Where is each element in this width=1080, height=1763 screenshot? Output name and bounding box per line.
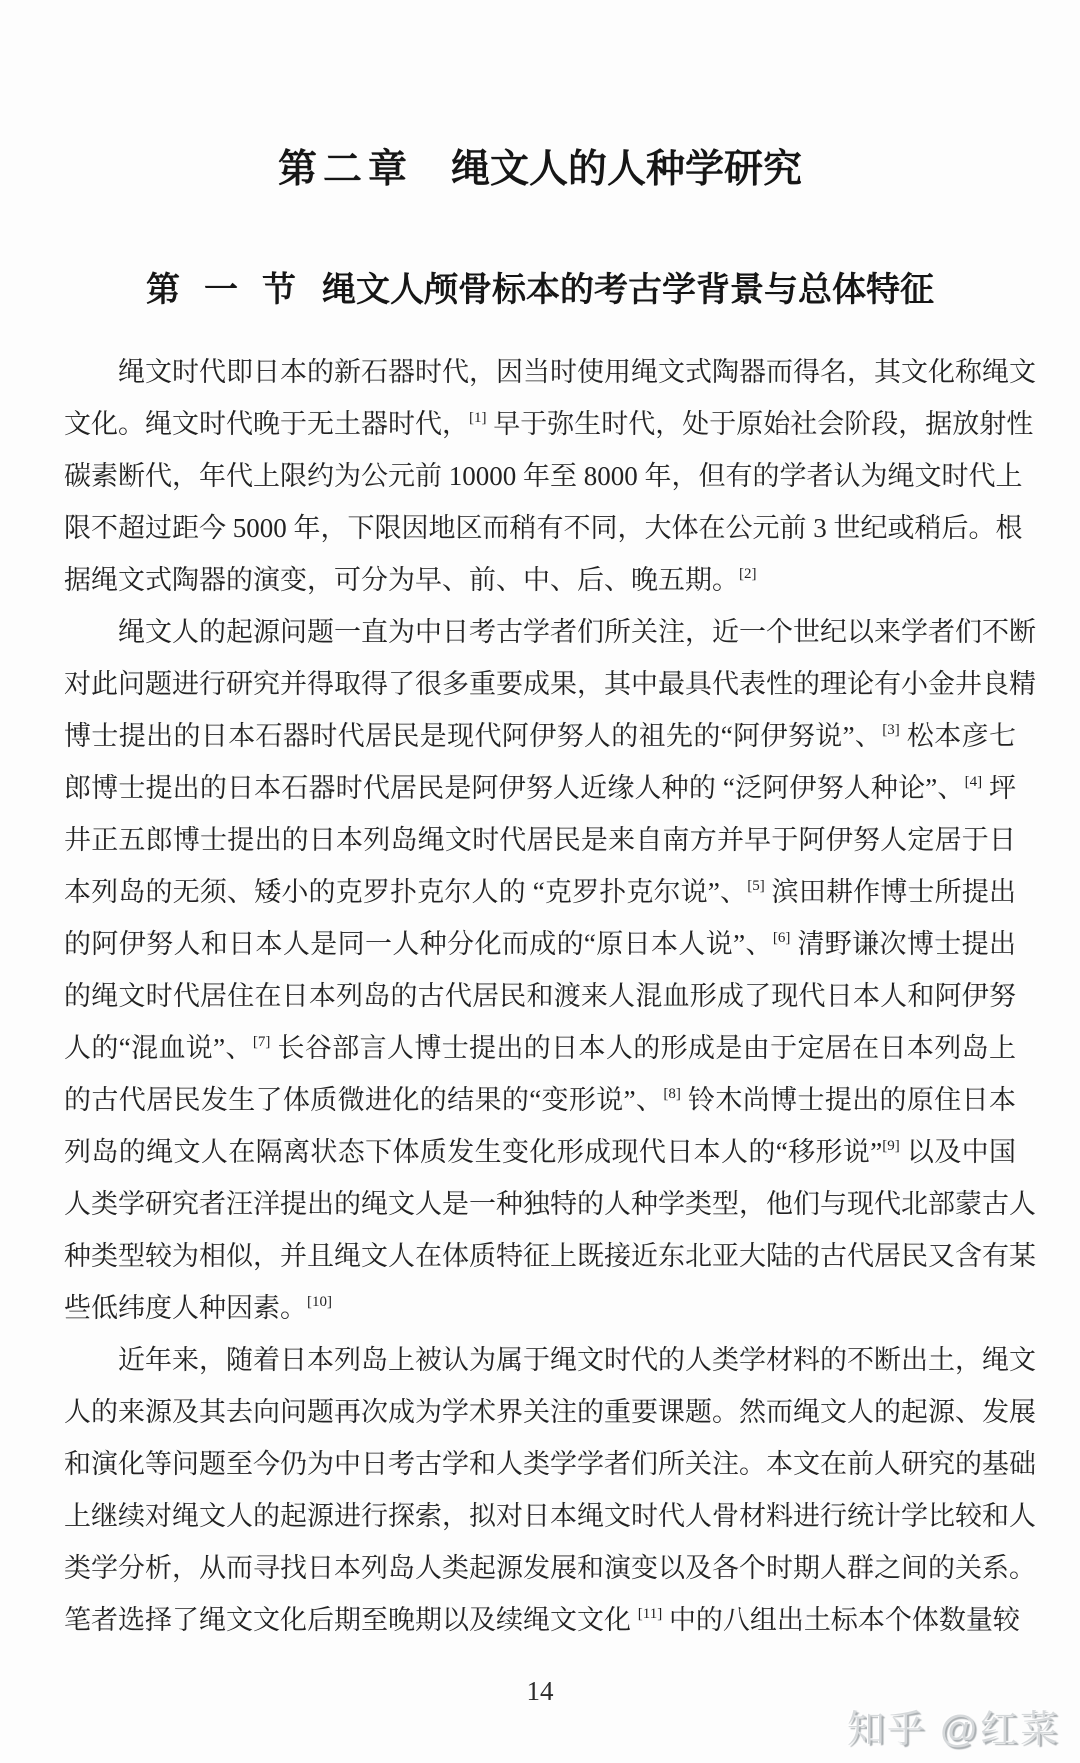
section-number: 第一节: [146, 272, 320, 309]
text-line: 绳文人的起源问题一直为中日考古学者们所关注，近一个世纪以来学者们不断: [64, 606, 1016, 658]
text-line: 文化。绳文时代晚于无土器时代，[1] 早于弥生时代，处于原始社会阶段，据放射性: [64, 398, 1016, 450]
text-line: 的阿伊努人和日本人是同一人种分化而成的“原日本人说”、[6] 清野谦次博士提出: [64, 918, 1016, 970]
text-line: 人类学研究者汪洋提出的绳文人是一种独特的人种学类型，他们与现代北部蒙古人: [64, 1178, 1016, 1230]
text-line: 上继续对绳文人的起源进行探索，拟对日本绳文时代人骨材料进行统计学比较和人: [64, 1490, 1016, 1542]
text-line: 的古代居民发生了体质微进化的结果的“变形说”、[8] 铃木尚博士提出的原住日本: [64, 1074, 1016, 1126]
citation-superscript: [3]: [882, 722, 900, 738]
chapter-title-text: 绳文人的人种学研究: [451, 148, 802, 191]
text-line: 笔者选择了绳文文化后期至晚期以及续绳文文化 [11] 中的八组出土标本个体数量较: [64, 1594, 1016, 1646]
section-title-text: 绳文人颅骨标本的考古学背景与总体特征: [322, 272, 934, 309]
document-page: 第二章绳文人的人种学研究 第一节绳文人颅骨标本的考古学背景与总体特征 绳文时代即…: [0, 0, 1080, 1763]
text-line: 人的“混血说”、[7] 长谷部言人博士提出的日本人的形成是由于定居在日本列岛上: [64, 1022, 1016, 1074]
paragraph-3: 近年来，随着日本列岛上被认为属于绳文时代的人类学材料的不断出土，绳文人的来源及其…: [64, 1334, 1016, 1646]
text-line: 列岛的绳文人在隔离状态下体质发生变化形成现代日本人的“移形说”[9] 以及中国: [64, 1126, 1016, 1178]
citation-superscript: [11]: [638, 1606, 662, 1622]
text-line: 限不超过距今 5000 年，下限因地区而稍有不同，大体在公元前 3 世纪或稍后。…: [64, 502, 1016, 554]
watermark: 知乎 @红菜: [847, 1698, 1060, 1753]
text-line: 本列岛的无须、矮小的克罗扑克尔人的 “克罗扑克尔说”、[5] 滨田耕作博士所提出: [64, 866, 1016, 918]
text-line: 人的来源及其去向问题再次成为学术界关注的重要课题。然而绳文人的起源、发展: [64, 1386, 1016, 1438]
citation-superscript: [5]: [747, 878, 765, 894]
text-line: 些低纬度人种因素。[10]: [64, 1282, 1016, 1334]
text-line: 绳文时代即日本的新石器时代，因当时使用绳文式陶器而得名，其文化称绳文: [64, 346, 1016, 398]
paragraph-2: 绳文人的起源问题一直为中日考古学者们所关注，近一个世纪以来学者们不断对此问题进行…: [64, 606, 1016, 1334]
text-line: 对此问题进行研究并得取得了很多重要成果，其中最具代表性的理论有小金井良精: [64, 658, 1016, 710]
body-text: 绳文时代即日本的新石器时代，因当时使用绳文式陶器而得名，其文化称绳文文化。绳文时…: [64, 346, 1016, 1646]
text-line: 碳素断代，年代上限约为公元前 10000 年至 8000 年，但有的学者认为绳文…: [64, 450, 1016, 502]
section-title: 第一节绳文人颅骨标本的考古学背景与总体特征: [0, 262, 1080, 311]
chapter-number: 第二章: [278, 148, 413, 191]
citation-superscript: [8]: [663, 1086, 681, 1102]
citation-superscript: [10]: [307, 1294, 332, 1310]
citation-superscript: [9]: [882, 1138, 900, 1154]
text-line: 的绳文时代居住在日本列岛的古代居民和渡来人混血形成了现代日本人和阿伊努: [64, 970, 1016, 1022]
text-line: 和演化等问题至今仍为中日考古学和人类学学者们所关注。本文在前人研究的基础: [64, 1438, 1016, 1490]
text-line: 据绳文式陶器的演变，可分为早、前、中、后、晚五期。[2]: [64, 554, 1016, 606]
text-line: 近年来，随着日本列岛上被认为属于绳文时代的人类学材料的不断出土，绳文: [64, 1334, 1016, 1386]
paragraph-1: 绳文时代即日本的新石器时代，因当时使用绳文式陶器而得名，其文化称绳文文化。绳文时…: [64, 346, 1016, 606]
citation-superscript: [6]: [773, 930, 791, 946]
citation-superscript: [1]: [469, 410, 487, 426]
text-line: 博士提出的日本石器时代居民是现代阿伊努人的祖先的“阿伊努说”、[3] 松本彦七: [64, 710, 1016, 762]
chapter-title: 第二章绳文人的人种学研究: [0, 138, 1080, 194]
citation-superscript: [2]: [739, 566, 757, 582]
citation-superscript: [7]: [253, 1034, 271, 1050]
text-line: 类学分析，从而寻找日本列岛人类起源发展和演变以及各个时期人群之间的关系。: [64, 1542, 1016, 1594]
citation-superscript: [4]: [965, 774, 983, 790]
text-line: 种类型较为相似，并且绳文人在体质特征上既接近东北亚大陆的古代居民又含有某: [64, 1230, 1016, 1282]
text-line: 郎博士提出的日本石器时代居民是阿伊努人近缘人种的 “泛阿伊努人种论”、[4] 坪: [64, 762, 1016, 814]
text-line: 井正五郎博士提出的日本列岛绳文时代居民是来自南方并早于阿伊努人定居于日: [64, 814, 1016, 866]
